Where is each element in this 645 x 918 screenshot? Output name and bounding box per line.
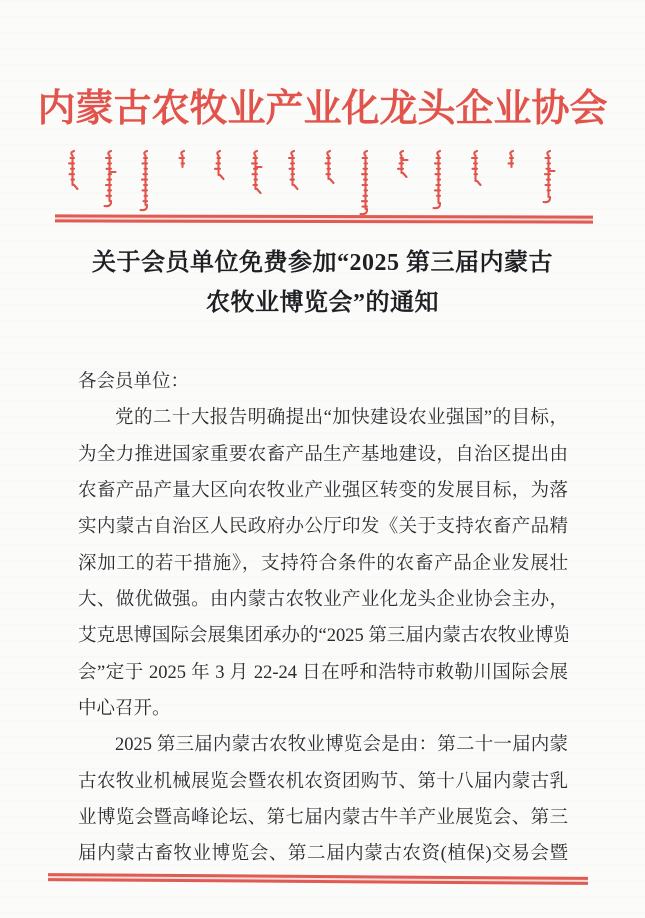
body-line: 大、做优做强。由内蒙古农牧业产业化龙头企业协会主办， xyxy=(78,582,568,618)
body-line: 党的二十大报告明确提出“加快建设农业强国”的目标， xyxy=(78,400,568,436)
mongolian-word-glyph xyxy=(139,149,155,222)
scanned-notice-page: 内蒙古农牧业产业化龙头企业协会 关于会员单位免费参加“2025 第三届内蒙古 农… xyxy=(0,0,645,918)
mongolian-word-glyph xyxy=(249,149,265,206)
mongolian-word-glyph xyxy=(432,149,448,220)
document-title-line-2: 农牧业博览会”的通知 xyxy=(0,283,645,323)
body-line: 为全力推进国家重要农畜产品生产基地建设，自治区提出由 xyxy=(78,437,568,473)
mongolian-word-glyph xyxy=(103,149,119,218)
document-title: 关于会员单位免费参加“2025 第三届内蒙古 农牧业博览会”的通知 xyxy=(0,243,645,323)
mongolian-word-glyph xyxy=(322,149,338,196)
salutation: 各会员单位： xyxy=(78,364,568,400)
mongolian-word-glyph xyxy=(395,149,411,190)
mongolian-word-glyph xyxy=(542,149,558,214)
notice-body: 各会员单位： 党的二十大报告明确提出“加快建设农业强国”的目标，为全力推进国家重… xyxy=(78,364,568,873)
body-line: 深加工的若干措施》，支持符合条件的农畜产品企业发展壮 xyxy=(78,546,568,582)
document-title-line-1: 关于会员单位免费参加“2025 第三届内蒙古 xyxy=(0,243,645,283)
header-divider-line xyxy=(55,214,593,223)
body-line: 2025 第三届内蒙古农牧业博览会是由：第二十一届内蒙 xyxy=(78,727,568,763)
body-line: 实内蒙古自治区人民政府办公厅印发《关于支持农畜产品精 xyxy=(78,509,568,545)
body-line: 会”定于 2025 年 3 月 22-24 日在呼和浩特市敕勒川国际会展 xyxy=(78,655,568,691)
body-line: 业博览会暨高峰论坛、第七届内蒙古牛羊产业展览会、第三 xyxy=(78,800,568,836)
paragraph-2: 2025 第三届内蒙古农牧业博览会是由：第二十一届内蒙古农牧业机械展览会暨农机农… xyxy=(78,727,568,872)
body-line: 中心召开。 xyxy=(78,691,568,727)
mongolian-word-glyph xyxy=(505,149,521,184)
body-line: 古农牧业机械展览会暨农机农资团购节、第十八届内蒙古乳 xyxy=(78,764,568,800)
mongolian-word-glyph xyxy=(469,149,485,198)
mongolian-word-glyph xyxy=(66,149,82,202)
mongolian-word-glyph xyxy=(176,149,192,184)
paragraph-1: 党的二十大报告明确提出“加快建设农业强国”的目标，为全力推进国家重要农畜产品生产… xyxy=(78,400,568,727)
body-line: 农畜产品产量大区向农牧业产业强区转变的发展目标，为落 xyxy=(78,473,568,509)
body-line: 艾克思博国际会展集团承办的“2025 第三届内蒙古农牧业博览 xyxy=(78,618,568,654)
footer-divider-line xyxy=(48,873,588,885)
mongolian-word-glyph xyxy=(212,149,228,192)
paragraphs-container: 党的二十大报告明确提出“加快建设农业强国”的目标，为全力推进国家重要农畜产品生产… xyxy=(78,400,568,872)
body-line: 届内蒙古畜牧业博览会、第二届内蒙古农资(植保)交易会暨 xyxy=(78,836,568,872)
mongolian-word-glyph xyxy=(286,149,302,202)
org-name-heading: 内蒙古农牧业产业化龙头企业协会 xyxy=(0,86,645,132)
